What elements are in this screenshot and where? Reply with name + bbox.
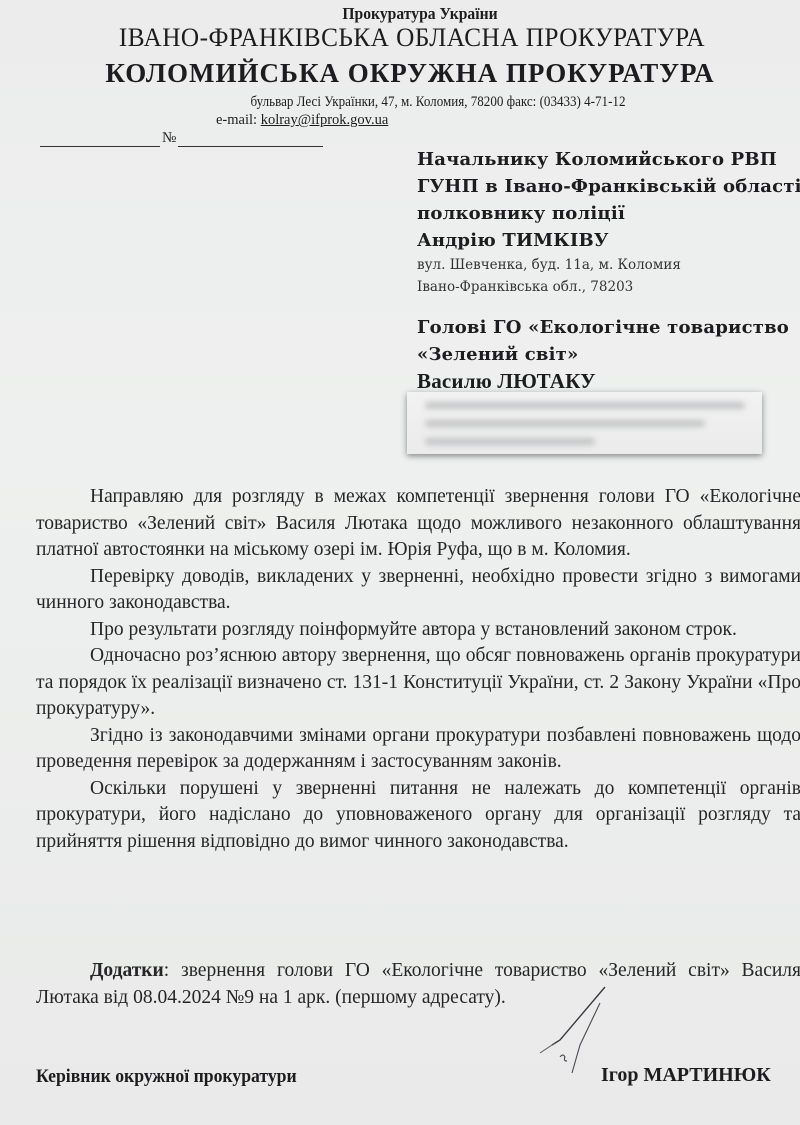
addressee-name: Андрію ТИМКІВУ xyxy=(417,227,797,254)
addressee-line: ГУНП в Івано-Франківській області xyxy=(417,173,797,200)
redacted-line xyxy=(425,420,705,427)
number-sign: № xyxy=(160,130,178,147)
signatory-title: Керівник окружної прокуратури xyxy=(36,1066,297,1088)
body-paragraph: Направляю для розгляду в межах компетенц… xyxy=(36,484,800,564)
redacted-line xyxy=(425,438,595,445)
body-paragraph: Оскільки порушені у зверненні питання не… xyxy=(36,776,800,856)
attachments-section: Додатки: звернення голови ГО «Екологічне… xyxy=(36,958,800,1011)
signatory-name: Ігор МАРТИНЮК xyxy=(601,1064,771,1087)
addressee-police: Начальнику Коломийського РВП ГУНП в Іван… xyxy=(417,146,797,298)
date-blank xyxy=(40,130,160,147)
addressee-ngo: Голові ГО «Екологічне товариство «Зелени… xyxy=(417,314,797,395)
email-link[interactable]: kolray@ifprok.gov.ua xyxy=(261,112,389,128)
addressee-address-line: вул. Шевченка, буд. 11а, м. Коломия xyxy=(417,254,797,276)
redacted-address xyxy=(407,392,762,454)
number-blank xyxy=(178,130,323,147)
addressee-line: «Зелений світ» xyxy=(417,341,797,368)
addressee-line: полковнику поліції xyxy=(417,200,797,227)
email-label: e-mail: xyxy=(216,112,261,128)
registration-number-line: № xyxy=(40,130,323,147)
redacted-line xyxy=(425,402,745,409)
document-page: Прокуратура України ІВАНО-ФРАНКІВСЬКА ОБ… xyxy=(0,0,800,1125)
body-paragraph: Про результати розгляду поінформуйте авт… xyxy=(36,617,800,644)
addressee-address-line: Івано-Франківська обл., 78203 xyxy=(417,276,797,298)
letterhead-email-line: e-mail: kolray@ifprok.gov.ua xyxy=(216,112,388,129)
body-paragraph: Перевірку доводів, викладених у зверненн… xyxy=(36,564,800,617)
body-paragraph: Одночасно роз’яснюю автору звернення, що… xyxy=(36,643,800,723)
attachments-label: Додатки xyxy=(90,960,164,981)
letterhead-address: бульвар Лесі Українки, 47, м. Коломия, 7… xyxy=(78,94,798,111)
letterhead-country-office: Прокуратура України xyxy=(52,4,788,24)
letter-body: Направляю для розгляду в межах компетенц… xyxy=(36,484,800,855)
letterhead-district-office: КОЛОМИЙСЬКА ОКРУЖНА ПРОКУРАТУРА xyxy=(10,58,800,89)
addressee-line: Начальнику Коломийського РВП xyxy=(417,146,797,173)
letterhead-regional-office: ІВАНО-ФРАНКІВСЬКА ОБЛАСНА ПРОКУРАТУРА xyxy=(24,23,800,53)
attachments-paragraph: Додатки: звернення голови ГО «Екологічне… xyxy=(36,958,800,1011)
addressee-name: Василю ЛЮТАКУ xyxy=(417,368,797,395)
body-paragraph: Згідно із законодавчими змінами органи п… xyxy=(36,723,800,776)
addressee-line: Голові ГО «Екологічне товариство xyxy=(417,314,797,341)
